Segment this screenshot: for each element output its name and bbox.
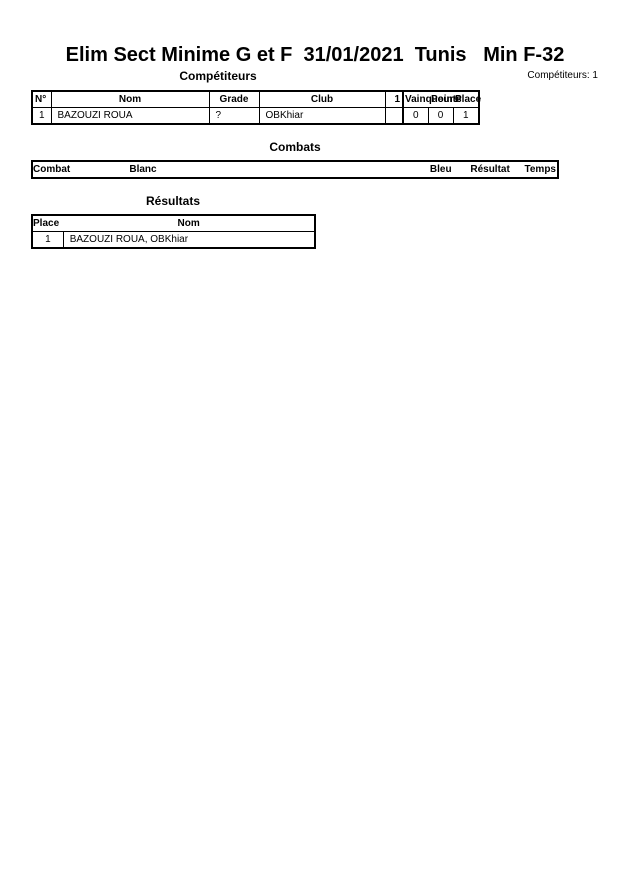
col-resultat-header: Résultat bbox=[454, 161, 512, 178]
cell-vainqueurs: 0 bbox=[403, 108, 428, 125]
cell-club: OBKhiar bbox=[259, 108, 385, 125]
col-num-header: N° bbox=[32, 91, 51, 108]
col-round1-header: 1 bbox=[385, 91, 403, 108]
col-blanc-header: Blanc bbox=[127, 161, 343, 178]
cell-place: 1 bbox=[453, 108, 479, 125]
table-row: 1 BAZOUZI ROUA, OBKhiar bbox=[32, 232, 315, 249]
table-row: 1 BAZOUZI ROUA ? OBKhiar 0 0 1 bbox=[32, 108, 479, 125]
cell-grade: ? bbox=[209, 108, 259, 125]
results-table: Place Nom 1 BAZOUZI ROUA, OBKhiar bbox=[31, 214, 316, 249]
col-bleu-header: Bleu bbox=[343, 161, 453, 178]
combats-section-title: Combats bbox=[195, 140, 395, 154]
combats-table: Combat Blanc Bleu Résultat Temps bbox=[31, 160, 559, 179]
cell-place: 1 bbox=[32, 232, 63, 249]
cell-num: 1 bbox=[32, 108, 51, 125]
competitors-count: Compétiteurs: 1 bbox=[527, 70, 598, 81]
col-temps-header: Temps bbox=[512, 161, 558, 178]
col-nom-header: Nom bbox=[63, 215, 315, 232]
results-section-title: Résultats bbox=[73, 194, 273, 208]
col-stats-header: Vainqueurs Points Place bbox=[403, 91, 479, 108]
col-grade-header: Grade bbox=[209, 91, 259, 108]
col-place-header: Place bbox=[455, 92, 481, 107]
col-nom-header: Nom bbox=[51, 91, 209, 108]
competitors-header-row: N° Nom Grade Club 1 Vainqueurs Points Pl… bbox=[32, 91, 479, 108]
combats-header-row: Combat Blanc Bleu Résultat Temps bbox=[32, 161, 558, 178]
col-combat-header: Combat bbox=[32, 161, 127, 178]
competitors-section-title: Compétiteurs bbox=[118, 69, 318, 83]
col-club-header: Club bbox=[259, 91, 385, 108]
cell-nom: BAZOUZI ROUA, OBKhiar bbox=[63, 232, 315, 249]
page-title: Elim Sect Minime G et F 31/01/2021 Tunis… bbox=[0, 44, 630, 67]
competitors-table: N° Nom Grade Club 1 Vainqueurs Points Pl… bbox=[31, 90, 480, 125]
results-header-row: Place Nom bbox=[32, 215, 315, 232]
cell-points: 0 bbox=[428, 108, 453, 125]
col-place-header: Place bbox=[32, 215, 63, 232]
cell-nom: BAZOUZI ROUA bbox=[51, 108, 209, 125]
cell-round1 bbox=[385, 108, 403, 125]
